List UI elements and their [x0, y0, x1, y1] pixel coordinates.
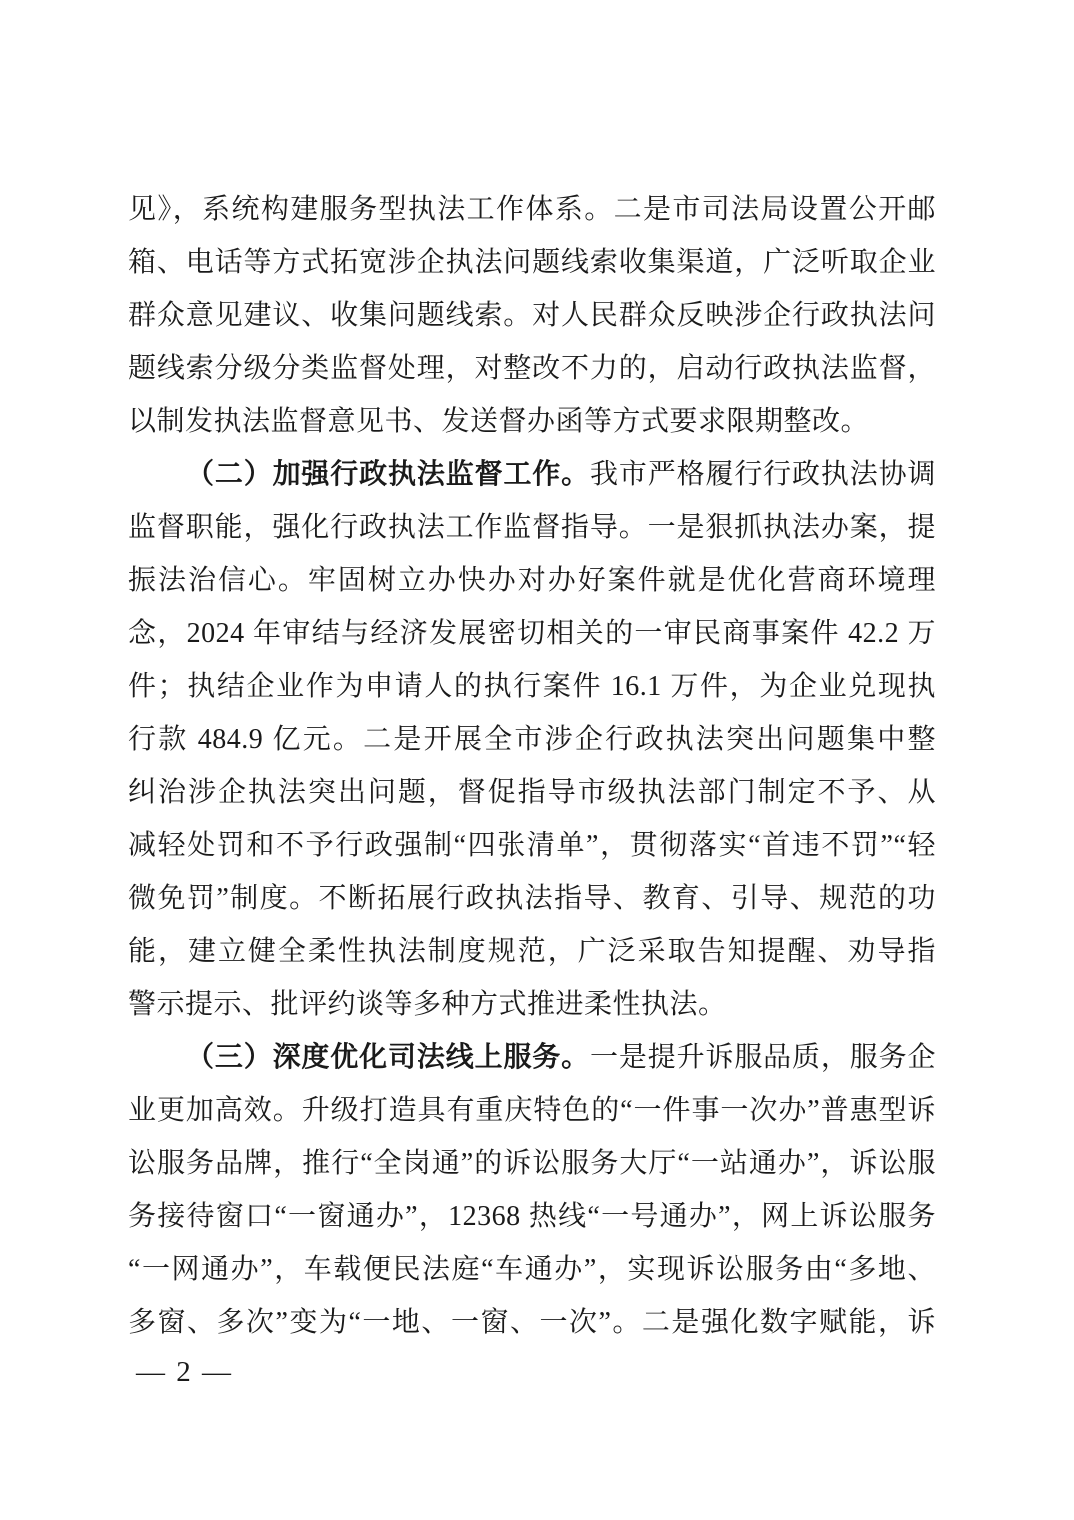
- body-line: 监督职能，强化行政执法工作监督指导。一是狠抓执法办案，提: [128, 501, 936, 554]
- section-3-heading: （三）深度优化司法线上服务。: [186, 1042, 590, 1073]
- section-2-heading-rest: 我市严格履行行政执法协调: [590, 459, 936, 490]
- body-line: 题线索分级分类监督处理，对整改不力的，启动行政执法监督，: [128, 342, 936, 395]
- document-page: 见》，系统构建服务型执法工作体系。二是市司法局设置公开邮 箱、电话等方式拓宽涉企…: [0, 0, 1074, 1520]
- body-line: 务接待窗口“一窗通办”，12368 热线“一号通办”，网上诉讼服务: [128, 1190, 936, 1243]
- body-line: 见》，系统构建服务型执法工作体系。二是市司法局设置公开邮: [128, 183, 936, 236]
- body-line: 念，2024 年审结与经济发展密切相关的一审民商事案件 42.2 万: [128, 607, 936, 660]
- section-heading-line: （三）深度优化司法线上服务。一是提升诉服品质，服务企: [128, 1031, 936, 1084]
- body-line: 纠治涉企执法突出问题，督促指导市级执法部门制定不予、从轻、: [128, 766, 936, 819]
- body-line: 警示提示、批评约谈等多种方式推进柔性执法。: [128, 978, 936, 1031]
- body-line: 能，建立健全柔性执法制度规范，广泛采取告知提醒、劝导指导、: [128, 925, 936, 978]
- section-heading-line: （二）加强行政执法监督工作。我市严格履行行政执法协调: [128, 448, 936, 501]
- body-line: “一网通办”，车载便民法庭“车通办”，实现诉讼服务由“多地、: [128, 1243, 936, 1296]
- body-line: 振法治信心。牢固树立办快办对办好案件就是优化营商环境理: [128, 554, 936, 607]
- body-line: 微免罚”制度。不断拓展行政执法指导、教育、引导、规范的功: [128, 872, 936, 925]
- body-line: 减轻处罚和不予行政强制“四张清单”，贯彻落实“首违不罚”“轻: [128, 819, 936, 872]
- body-line: 多窗、多次”变为“一地、一窗、一次”。二是强化数字赋能，诉: [128, 1296, 936, 1349]
- body-line: 群众意见建议、收集问题线索。对人民群众反映涉企行政执法问: [128, 289, 936, 342]
- body-line: 业更加高效。升级打造具有重庆特色的“一件事一次办”普惠型诉: [128, 1084, 936, 1137]
- document-text-block: 见》，系统构建服务型执法工作体系。二是市司法局设置公开邮 箱、电话等方式拓宽涉企…: [128, 183, 936, 1349]
- page-number: — 2 —: [136, 1352, 233, 1392]
- section-2-heading: （二）加强行政执法监督工作。: [186, 459, 590, 490]
- body-line: 箱、电话等方式拓宽涉企执法问题线索收集渠道，广泛听取企业: [128, 236, 936, 289]
- body-line: 讼服务品牌，推行“全岗通”的诉讼服务大厅“一站通办”，诉讼服: [128, 1137, 936, 1190]
- body-line: 件；执结企业作为申请人的执行案件 16.1 万件，为企业兑现执: [128, 660, 936, 713]
- section-3-heading-rest: 一是提升诉服品质，服务企: [590, 1042, 936, 1073]
- body-line: 以制发执法监督意见书、发送督办函等方式要求限期整改。: [128, 395, 936, 448]
- body-line: 行款 484.9 亿元。二是开展全市涉企行政执法突出问题集中整治，: [128, 713, 936, 766]
